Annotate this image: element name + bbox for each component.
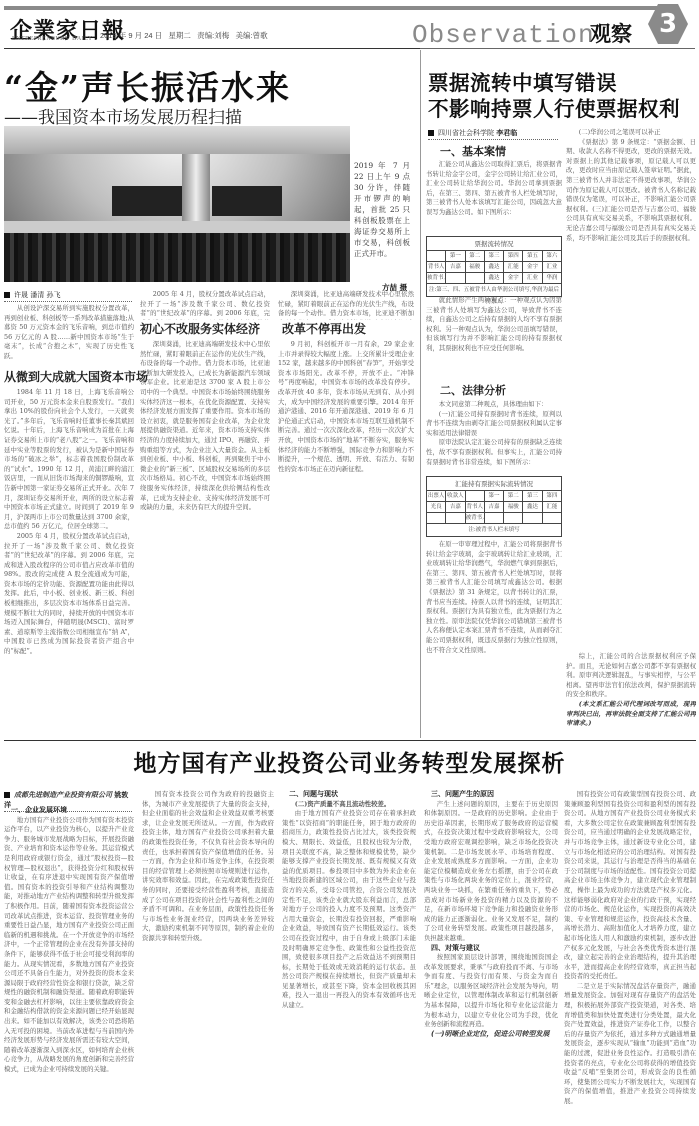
article2-byline: 四川省社会科学院 李君临 — [428, 128, 558, 140]
table1-cell: 福骏 — [466, 262, 485, 272]
article2-section1b: 就此情形产生两种观点：一种观点认为因第三被背书人处填写为鑫达公司，导致背书不连续… — [426, 296, 562, 374]
table2-cell: 吉嘉 — [446, 502, 465, 512]
article3-section4-text-b: 国有投资公司有政策型国有投资公司、政策兼顾盈利型国有投资公司和盈利型的国有投资公… — [564, 790, 696, 982]
table2-cell: 光良 — [427, 502, 446, 512]
issue-editor: 责编:刘梅 — [197, 31, 229, 40]
article3-section4-point1: (一)明晰企业定位，促进公司转型发展 — [424, 1030, 558, 1040]
table1-cell: 华润 — [543, 273, 561, 283]
article1-col2-text: 2005 年 4 月，股权分置改革试点启动，拉开了一场“涉及数千家公司、数亿投资… — [140, 290, 270, 320]
table2-cell — [485, 513, 504, 523]
table2-note: 注:被背书人栏未填写 — [427, 524, 561, 536]
issue-designer: 美编:曾歌 — [236, 31, 268, 40]
table2-header: 第一 — [485, 491, 504, 501]
table1-title: 票据流转情况 — [427, 237, 561, 251]
article1-photo — [4, 126, 350, 282]
photo-stage — [4, 221, 350, 233]
byline-square-icon — [4, 292, 10, 298]
photo-ceiling — [4, 126, 350, 154]
table1-cell: 鑫达 — [485, 262, 504, 272]
article1-col2: 深圳葵涌，比亚迪高端研发技术中心里依然忙碌，紧盯着眼前正在运作的光伏生产线，布设… — [140, 340, 270, 733]
article1-section3-title: 改革不停再出发 — [282, 320, 366, 337]
table2-header: 第三 — [523, 491, 542, 501]
article1-headline: “金”声长振活水来 — [4, 62, 291, 109]
table1-cell: 金宇 — [504, 273, 523, 283]
table2-row: 光良 吉嘉 背书人 吉嘉 福骏 鑫达 汇能 — [427, 502, 561, 513]
article2-section2-point2: (二)华润公司之笔误可以补正 — [566, 128, 696, 138]
article2-section2-text-c: 《票据法》第 9 条规定：“票据金额、日期、收款人名称不得更改，更改的票据无效。… — [566, 138, 696, 244]
article1-section1-text-b: 2005 年 4 月，股权分置改革试点启动，拉开了一场“涉及数千家公司、数亿投资… — [4, 532, 134, 657]
article3-section2-title: 二、问题与现状 — [282, 790, 416, 800]
column-divider — [420, 50, 421, 738]
table2-cell — [446, 513, 465, 523]
page-number-badge: 3 — [648, 4, 688, 44]
photo-caption: 2019 年 7 月 22 日上午 9 点 30 分许，伴随开市锣声的响起，首批… — [354, 160, 410, 259]
table1-cell: 汇业 — [543, 262, 561, 272]
table2-cell: 福骏 — [504, 502, 523, 512]
byline-square-icon — [4, 792, 10, 798]
article1-section2-text: 深圳葵涌，比亚迪高端研发技术中心里依然忙碌，紧盯着眼前正在运作的光伏生产线，布设… — [140, 340, 270, 513]
article1-col1: 1984 年 11 月 18 日，上海飞乐音响公司开业，50 万元资本金来自股票… — [4, 388, 134, 733]
table1-cell: 吉嘉 — [446, 262, 465, 272]
masthead-divider-right — [420, 48, 695, 49]
table1-cell: 鑫达 — [485, 273, 504, 283]
table2-title: 汇能持有票据实际流转情况 — [427, 477, 561, 491]
article3-col2: 国有资本投资公司作为政府的投融资主体，为城市产业发展提供了大量的资金支持，但企业… — [142, 790, 274, 1124]
table1-cell — [446, 273, 465, 283]
issue-weekday: 星期二 — [168, 31, 191, 40]
article3-section3-text: 产生上述问题的原因，主要在于历史原因和体制原因。一是政府的历史影响。企业由于历史… — [424, 800, 558, 944]
table1-row: 背书人 吉嘉 福骏 鑫达 汇能 金宇 汇业 — [427, 262, 561, 273]
table-bill-flow: 票据流转情况 第一 第二 第三 第四 第五 第六 背书人 吉嘉 福骏 鑫达 汇能… — [426, 236, 562, 297]
table1-cell — [466, 273, 485, 283]
section-title-english: Observation — [412, 20, 595, 50]
article3-col1: 一、企业发展环境 地方国有产业投资公司作为国有资本投资运作平台，以产业投资为核心… — [4, 806, 134, 1124]
table1-cell: 汇能 — [504, 262, 523, 272]
article3-col3: 二、问题与现状 (二)资产质量不高且流动性较差。 由于地方国有产业投资公司存在着… — [282, 790, 416, 1124]
article1-lead-text: 从创设沪深交易所到实施股权分置改革，再到创业板、科创板等一系列改革措施落地;从募… — [4, 304, 134, 362]
table1-note: 注:第三、四、五被背书人由华润公司填写,华润为最后持票人 — [427, 284, 561, 296]
table1-cell: 汇业 — [523, 273, 542, 283]
article3-section2-text-b: 由于地方国有产业投资公司存在着承担政策性“以资招商”的职能任务，困于地方政府的招… — [282, 809, 416, 1010]
photo-board-right — [212, 186, 282, 216]
table2-header-row: 出票人 收款人 第一 第二 第三 第四 — [427, 491, 561, 502]
article2-headline-line1: 票据流转中填写错误 — [428, 70, 680, 96]
newspaper-logo-english: ENTREPRENEURS' DAILY — [12, 36, 93, 42]
table2-cell — [504, 513, 523, 523]
article2-col1-bottom: 在原一审审理过程中，汇能公司将票据背书转让给金宇玻璃，金宇玻璃转让给汇业玻璃，汇… — [426, 540, 562, 735]
photo-board-left — [112, 186, 182, 216]
article1-col3: 9 月初，科创板开市一月有余，29 家企业上市并录得较大幅度上涨。上交所累计受理… — [278, 340, 414, 733]
table2-cell: 背书人 — [466, 502, 485, 512]
article3-col2-text: 国有资本投资公司作为政府的投融资主体，为城市产业发展提供了大量的资金支持，但企业… — [142, 790, 274, 944]
article3-section1-text: 地方国有产业投资公司作为国有资本投资运作平台，以产业投资为核心，以提升产业竞争力… — [4, 816, 134, 1075]
article2-section2-intro: 本文同意第二种观点，具体理由如下： — [426, 400, 562, 410]
table1-row: 被背书人 鑫达 金宇 汇业 华润 — [427, 273, 561, 284]
issue-date: 2019 年 9 月 24 日 — [100, 31, 162, 40]
table1-header-row: 第一 第二 第三 第四 第五 第六 — [427, 251, 561, 262]
article3-section4-text-c: 二是立足于实际情况盘活存量资产，融通增量发展资金。加强对现有存量资产的盘活处理，… — [564, 982, 696, 1107]
article1-authors: 许晟 潘清 孙飞 — [14, 291, 60, 299]
table2-header — [466, 491, 485, 501]
table2-header: 第二 — [504, 491, 523, 501]
article2-conclusion: 综上，汇能公司的合法票据权利应予保护。而且，无论如何吉嘉公司都不享有票据权利。原… — [566, 652, 696, 700]
article2-note: (本文系汇能公司代理词改写而成，现再审判决已出，再审法院全面支持了汇能公司再审请… — [566, 700, 696, 729]
table2-cell: 鑫达 — [523, 502, 542, 512]
table1-cell: 背书人 — [427, 262, 446, 272]
article1-lead: 从创设沪深交易所到实施股权分置改革，再到创业板、科创板等一系列改革措施落地;从募… — [4, 304, 134, 362]
masthead-divider — [4, 48, 420, 49]
article2-section1: 汇能公司从鑫达公司取得汇票后，将票据背书转让给金宇公司，金宇公司转让给汇业公司，… — [426, 160, 562, 238]
article3-section4-title: 四、对策与建议 — [424, 944, 558, 954]
article3-col5: 国有投资公司有政策型国有投资公司、政策兼顾盈利型国有投资公司和盈利型的国有投资公… — [564, 790, 696, 1124]
article2-section2-title: 二、法律分析 — [440, 382, 506, 398]
table2-header: 第四 — [543, 491, 561, 501]
article2-section1-title: 一、基本案情 — [440, 143, 506, 159]
section-title-chinese: 观察 — [590, 18, 632, 48]
table1-cell: 金宇 — [523, 262, 542, 272]
article2-section1-text: 汇能公司从鑫达公司取得汇票后，将票据背书转让给金宇公司，金宇公司转让给汇业公司，… — [426, 160, 562, 218]
article3-section3-title: 三、问题产生的原因 — [424, 790, 558, 800]
photo-pillar — [182, 154, 210, 224]
photo-crowd — [4, 233, 350, 282]
table2-cell: 吉嘉 — [485, 502, 504, 512]
table2-row: 被背书人 — [427, 513, 561, 524]
article1-col2-top: 2005 年 4 月，股权分置改革试点启动，拉开了一场“涉及数千家公司、数亿投资… — [140, 290, 270, 320]
article1-col3-top: 深圳葵涌，比亚迪高端研发技术中心里依然忙碌，紧盯着眼前正在运作的光伏生产线，布设… — [278, 290, 414, 320]
table2-header: 收款人 — [446, 491, 465, 501]
byline-square-icon — [428, 130, 434, 136]
article2-section2-text-b: 在原一审审理过程中，汇能公司将票据背书转让给金宇玻璃，金宇玻璃转让给汇业玻璃，汇… — [426, 540, 562, 655]
article1-section1-text: 1984 年 11 月 18 日，上海飞乐音响公司开业，50 万元资本金来自股票… — [4, 388, 134, 532]
table2-cell — [427, 513, 446, 523]
article3-headline: 地方国有产业投资公司业务转型发展探析 — [0, 745, 699, 778]
table2-cell: 汇能 — [543, 502, 561, 512]
article1-section1-title: 从微到大成就大国资本市场 — [4, 368, 148, 385]
article2-headline-line2: 不影响持票人行使票据权利 — [428, 96, 680, 122]
article3-section2-point2: (二)资产质量不高且流动性较差。 — [295, 800, 391, 808]
article1-col3-text: 深圳葵涌，比亚迪高端研发技术中心里依然忙碌，紧盯着眼前正在运作的光伏生产线，布设… — [278, 290, 414, 320]
article2-conclusion-block: 综上，汇能公司的合法票据权利应予保护。而且，无论如何吉嘉公司都不享有票据权利。原… — [566, 652, 696, 738]
article3-section1-title: 一、企业发展环境 — [4, 806, 134, 816]
article2-headline: 票据流转中填写错误 不影响持票人行使票据权利 — [428, 70, 680, 122]
article1-section3-text: 9 月初，科创板开市一月有余，29 家企业上市并录得较大幅度上涨。上交所累计受理… — [278, 340, 414, 474]
article1-byline: 许晟 潘清 孙飞 — [4, 290, 132, 302]
table2-cell — [543, 513, 561, 523]
table2-cell: 被背书人 — [466, 513, 485, 523]
table1-header: 第五 — [523, 251, 542, 261]
article2-section2-text: 原审法院认定汇能公司持有的票据缺乏连续性，故不享有票据权利。但事实上，汇能公司持… — [426, 438, 562, 467]
article2-byline-org: 四川省社会科学院 — [438, 129, 494, 137]
table1-header: 第六 — [543, 251, 561, 261]
issue-meta: 2019 年 9 月 24 日 星期二 责编:刘梅 美编:曾歌 — [100, 30, 268, 41]
table1-header: 第二 — [466, 251, 485, 261]
article1-section2-title: 初心不改服务实体经济 — [140, 320, 260, 337]
article2-section1-text-b: 就此情形产生两种观点：一种观点认为因第三被背书人处填写为鑫达公司，导致背书不连续… — [426, 296, 562, 354]
article3-col4: 三、问题产生的原因 产生上述问题的原因，主要在于历史原因和体制原因。一是政府的历… — [424, 790, 558, 1124]
table-huineng-flow: 汇能持有票据实际流转情况 出票人 收款人 第一 第二 第三 第四 光良 吉嘉 背… — [426, 476, 562, 537]
article2-section2-point1: (一)汇能公司持有票据时背书连续，原判以背书不连续为由剥夺汇能公司票据权利属认定… — [426, 410, 562, 439]
table1-header: 第四 — [504, 251, 523, 261]
table1-cell: 被背书人 — [427, 273, 446, 283]
article2-col2: (二)华润公司之笔误可以补正 《票据法》第 9 条规定：“票据金额、日期、收款人… — [566, 128, 696, 648]
table1-header — [427, 251, 446, 261]
article3-byline-org: 成都先进制造产业投资有限公司 — [14, 791, 112, 799]
article3-section4-text: 按照国家顶层设计部署，围绕地国资国企改革发展要求，秉承“与政府投而不离、与市场争… — [424, 953, 558, 1030]
article2-byline-author: 李君临 — [496, 129, 517, 137]
table2-cell — [523, 513, 542, 523]
article1-subhead: ——我国资本市场发展历程扫描 — [4, 103, 242, 128]
masthead-top-bar — [4, 6, 678, 10]
table1-header: 第一 — [446, 251, 465, 261]
table2-header: 出票人 — [427, 491, 446, 501]
table1-header: 第三 — [485, 251, 504, 261]
article-divider — [4, 740, 696, 741]
